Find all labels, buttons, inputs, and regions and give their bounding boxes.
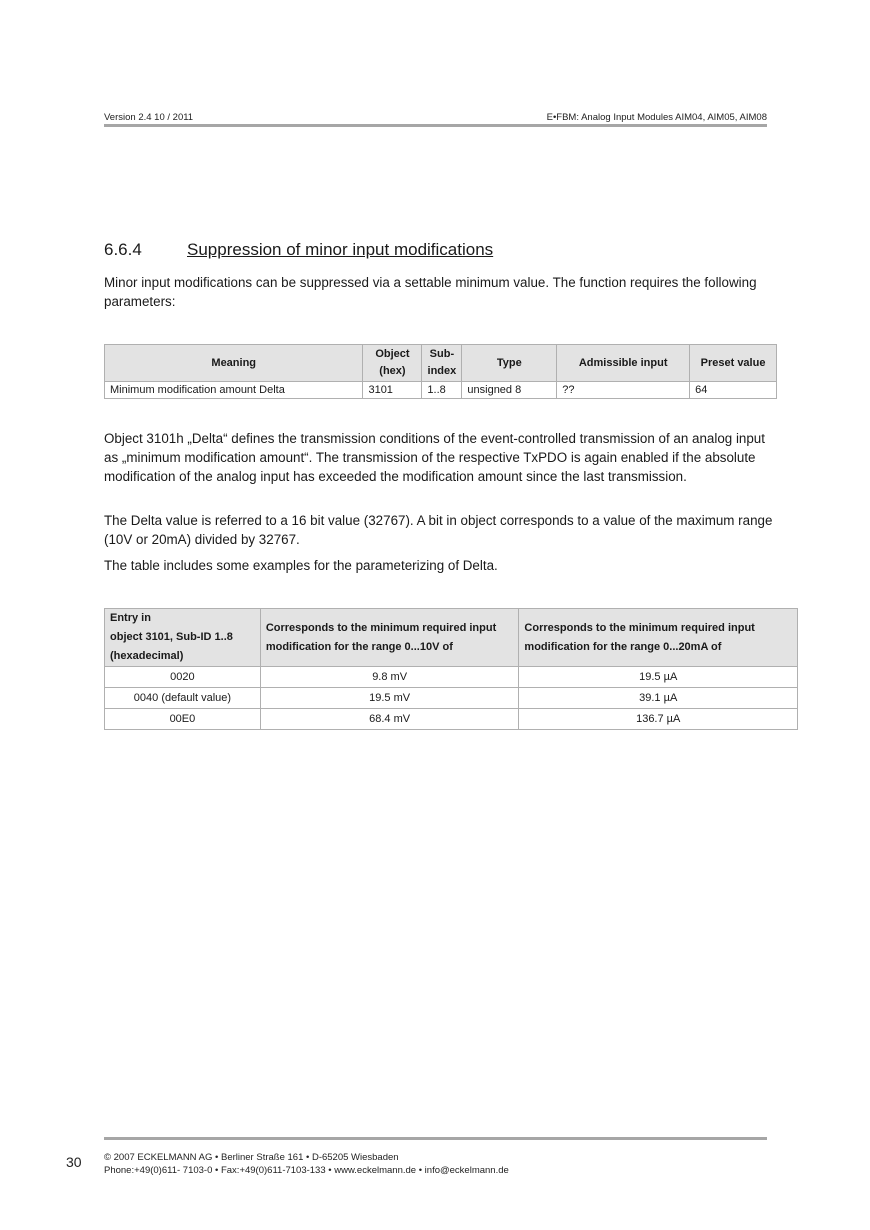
page-number: 30 [66,1154,82,1170]
header-rule [104,124,767,127]
cell-subindex: 1..8 [422,382,462,399]
col-object: Object (hex) [363,345,422,382]
header-doc-title: E•FBM: Analog Input Modules AIM04, AIM05… [547,112,767,123]
cell-20ma: 19.5 µA [519,667,798,688]
cell-10v: 9.8 mV [260,667,519,688]
footer-line-2: Phone:+49(0)611- 7103-0 • Fax:+49(0)611-… [104,1164,509,1177]
parameter-table: Meaning Object (hex) Sub-index Type Admi… [104,344,777,399]
table-row: 0020 9.8 mV 19.5 µA [105,667,798,688]
cell-entry: 0040 (default value) [105,688,261,709]
section-heading: 6.6.4Suppression of minor input modifica… [104,240,493,260]
col-meaning: Meaning [105,345,363,382]
cell-10v: 19.5 mV [260,688,519,709]
intro-paragraph: Minor input modifications can be suppres… [104,273,774,311]
cell-20ma: 39.1 µA [519,688,798,709]
col-subindex: Sub-index [422,345,462,382]
cell-preset: 64 [690,382,777,399]
cell-entry: 00E0 [105,709,261,730]
cell-type: unsigned 8 [462,382,557,399]
col-entry: Entry inobject 3101, Sub-ID 1..8(hexadec… [105,609,261,667]
cell-meaning: Minimum modification amount Delta [105,382,363,399]
table-row: 0040 (default value) 19.5 mV 39.1 µA [105,688,798,709]
table-row: Minimum modification amount Delta 3101 1… [105,382,777,399]
header-version: Version 2.4 10 / 2011 [104,112,193,123]
col-range-20ma: Corresponds to the minimum required inpu… [519,609,798,667]
examples-paragraph: The table includes some examples for the… [104,556,774,575]
col-range-10v: Corresponds to the minimum required inpu… [260,609,519,667]
object-description-paragraph: Object 3101h „Delta“ defines the transmi… [104,429,774,486]
cell-entry: 0020 [105,667,261,688]
parameter-table-header: Meaning Object (hex) Sub-index Type Admi… [105,345,777,382]
section-title: Suppression of minor input modifications [187,240,493,259]
cell-object: 3101 [363,382,422,399]
col-admissible: Admissible input [557,345,690,382]
table-row: 00E0 68.4 mV 136.7 µA [105,709,798,730]
col-preset: Preset value [690,345,777,382]
section-number: 6.6.4 [104,240,187,260]
example-table-header: Entry inobject 3101, Sub-ID 1..8(hexadec… [105,609,798,667]
cell-10v: 68.4 mV [260,709,519,730]
footer-rule [104,1137,767,1140]
cell-20ma: 136.7 µA [519,709,798,730]
footer-line-1: © 2007 ECKELMANN AG • Berliner Straße 16… [104,1151,509,1164]
col-type: Type [462,345,557,382]
footer-address: © 2007 ECKELMANN AG • Berliner Straße 16… [104,1151,509,1177]
example-table: Entry inobject 3101, Sub-ID 1..8(hexadec… [104,608,798,730]
delta-value-paragraph: The Delta value is referred to a 16 bit … [104,511,774,549]
cell-admissible: ?? [557,382,690,399]
